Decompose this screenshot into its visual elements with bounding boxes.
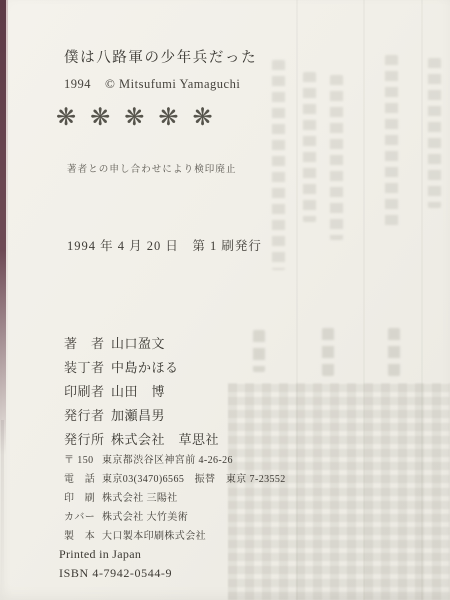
detail-row-binding: 製 本大口製本印刷株式会社 — [64, 527, 286, 546]
flower-asterisk-icon: ❋ — [56, 105, 80, 131]
showthrough-text-fragment — [322, 328, 334, 376]
showthrough-text-fragment — [388, 328, 400, 376]
detail-row-printing: 印 刷株式会社 三陽社 — [64, 489, 286, 508]
credit-label: 印刷者 — [64, 380, 111, 404]
credit-row-printer: 印刷者山田 博 — [64, 380, 219, 404]
detail-value: 株式会社 三陽社 — [102, 493, 178, 504]
showthrough-text-column — [428, 58, 441, 208]
credits-table: 著 者山口盈文 装丁者中島かほる 印刷者山田 博 発行者加瀬昌男 発行所株式会社… — [64, 332, 219, 452]
book-spine-edge-highlight — [6, 0, 8, 430]
credit-value: 山口盈文 — [111, 336, 165, 351]
flower-asterisk-icon: ❋ — [158, 105, 182, 131]
detail-label: 電 話 — [64, 470, 102, 489]
credit-row-publisher-person: 発行者加瀬昌男 — [64, 404, 219, 428]
inspection-stamp-notice: 著者との申し合わせにより検印廃止 — [67, 161, 237, 175]
copyright-holder: Mitsufumi Yamaguchi — [119, 77, 240, 91]
flower-asterisk-icon: ❋ — [124, 105, 148, 131]
publisher-details-table: 〒 150東京都渋谷区神宮前 4-26-26 電 話東京03(3470)6565… — [64, 451, 286, 546]
copyright-symbol-icon: © — [105, 76, 115, 91]
flower-asterisk-icon: ❋ — [192, 105, 216, 131]
credit-value: 中島かほる — [111, 360, 179, 375]
credit-label: 発行者 — [64, 404, 111, 428]
showthrough-text-column — [330, 75, 343, 240]
credit-value: 株式会社 草思社 — [111, 432, 219, 447]
detail-row-phone: 電 話東京03(3470)6565 振替 東京 7-23552 — [64, 470, 286, 489]
detail-row-cover: カバー株式会社 大竹美術 — [64, 508, 286, 527]
credit-value: 加瀬昌男 — [111, 408, 165, 423]
detail-value: 東京03(3470)6565 振替 東京 7-23552 — [102, 474, 286, 485]
detail-value: 株式会社 大竹美術 — [102, 512, 188, 523]
credit-value: 山田 博 — [111, 384, 165, 399]
detail-label: 〒 150 — [64, 451, 102, 470]
book-title: 僕は八路軍の少年兵だった — [64, 46, 257, 67]
book-spine-fade — [1, 420, 4, 595]
edition-date-line: 1994 年 4 月 20 日 第 1 刷発行 — [67, 236, 262, 254]
credit-label: 発行所 — [64, 428, 111, 452]
printed-in-japan-line: Printed in Japan — [59, 547, 141, 562]
credit-row-author: 著 者山口盈文 — [64, 332, 219, 356]
credit-label: 装丁者 — [64, 356, 111, 380]
detail-label: 印 刷 — [64, 489, 102, 508]
credit-label: 著 者 — [64, 332, 111, 356]
ornament-row: ❋ ❋ ❋ ❋ ❋ — [56, 103, 217, 132]
detail-label: 製 本 — [64, 527, 102, 546]
flower-asterisk-icon: ❋ — [90, 105, 114, 131]
showthrough-text-column — [272, 60, 285, 270]
copyright-line: 1994© Mitsufumi Yamaguchi — [64, 76, 240, 92]
credit-row-designer: 装丁者中島かほる — [64, 356, 219, 380]
showthrough-text-fragment — [253, 330, 265, 372]
showthrough-text-column — [303, 72, 316, 222]
detail-value: 大口製本印刷株式会社 — [102, 531, 206, 542]
showthrough-text-column — [385, 55, 398, 230]
detail-label: カバー — [64, 508, 102, 527]
detail-row-address: 〒 150東京都渋谷区神宮前 4-26-26 — [64, 451, 286, 470]
copyright-year: 1994 — [64, 77, 91, 91]
detail-value: 東京都渋谷区神宮前 4-26-26 — [102, 455, 233, 466]
isbn-number: ISBN 4-7942-0544-9 — [59, 566, 172, 581]
book-colophon-page: 僕は八路軍の少年兵だった 1994© Mitsufumi Yamaguchi ❋… — [0, 0, 450, 600]
credit-row-publishing-house: 発行所株式会社 草思社 — [64, 428, 219, 452]
